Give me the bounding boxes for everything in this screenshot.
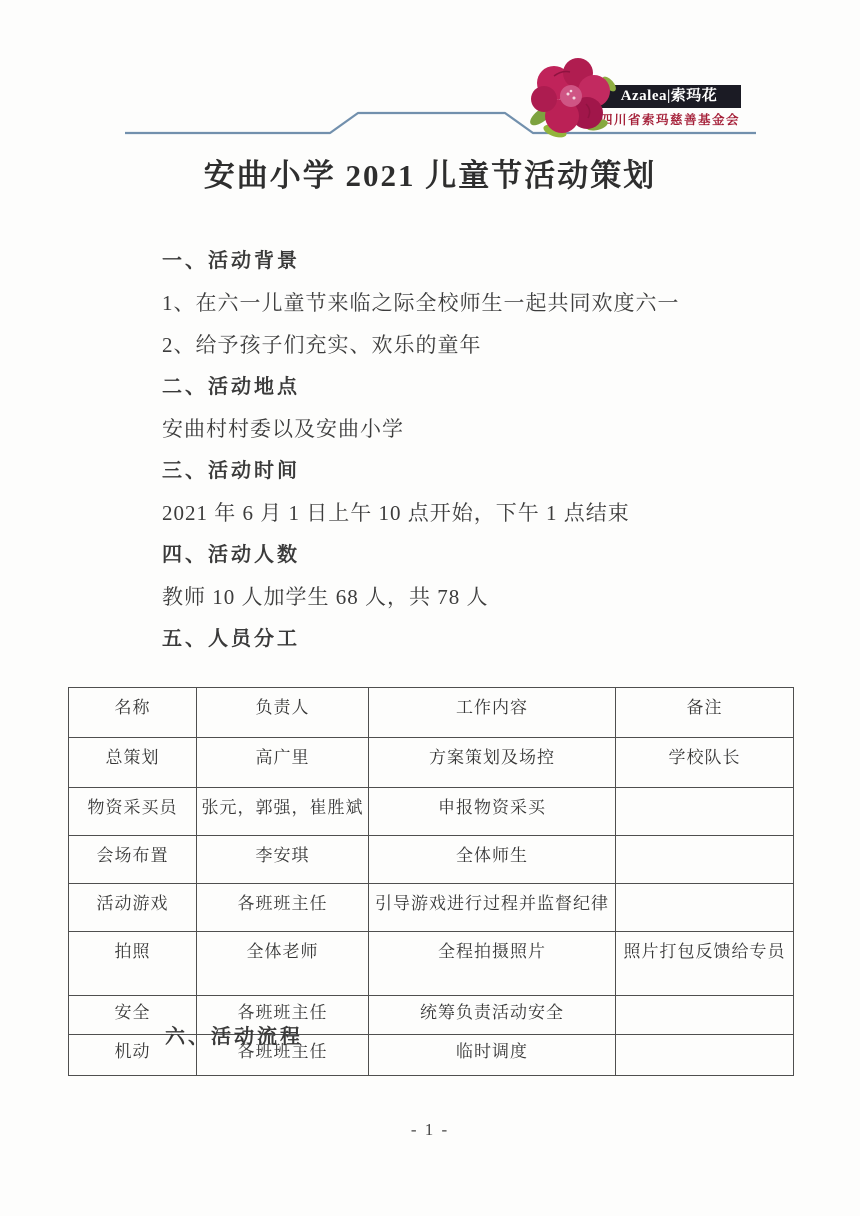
cell-duty: 统筹负责活动安全 bbox=[369, 996, 616, 1035]
cell-name: 总策划 bbox=[69, 738, 197, 788]
page-number: - 1 - bbox=[0, 1120, 860, 1140]
cell-duty: 申报物资采买 bbox=[369, 788, 616, 836]
section-3-item-1: 2021 年 6 月 1 日上午 10 点开始，下午 1 点结束 bbox=[162, 492, 805, 534]
table-row: 拍照 全体老师 全程拍摄照片 照片打包反馈给专员 bbox=[69, 932, 794, 996]
cell-duty: 方案策划及场控 bbox=[369, 738, 616, 788]
cell-duty: 引导游戏进行过程并监督纪律 bbox=[369, 884, 616, 932]
section-1-heading: 一、活动背景 bbox=[162, 240, 805, 282]
document-body: 一、活动背景 1、在六一儿童节来临之际全校师生一起共同欢度六一 2、给予孩子们充… bbox=[162, 240, 805, 660]
section-1-item-2: 2、给予孩子们充实、欢乐的童年 bbox=[162, 324, 805, 366]
cell-name: 活动游戏 bbox=[69, 884, 197, 932]
section-2-heading: 二、活动地点 bbox=[162, 366, 805, 408]
header-person: 负责人 bbox=[197, 688, 369, 738]
header-name: 名称 bbox=[69, 688, 197, 738]
table-header-row: 名称 负责人 工作内容 备注 bbox=[69, 688, 794, 738]
table-row: 总策划 高广里 方案策划及场控 学校队长 bbox=[69, 738, 794, 788]
cell-duty: 全体师生 bbox=[369, 836, 616, 884]
cell-person: 高广里 bbox=[197, 738, 369, 788]
section-6-heading: 六、活动流程 bbox=[165, 1016, 303, 1058]
cell-name: 拍照 bbox=[69, 932, 197, 996]
section-1-item-1: 1、在六一儿童节来临之际全校师生一起共同欢度六一 bbox=[162, 282, 805, 324]
cell-duty: 临时调度 bbox=[369, 1035, 616, 1076]
cell-person: 全体老师 bbox=[197, 932, 369, 996]
cell-remark bbox=[616, 836, 794, 884]
cell-remark bbox=[616, 1035, 794, 1076]
cell-person: 张元，郭强，崔胜斌 bbox=[197, 788, 369, 836]
section-4-heading: 四、活动人数 bbox=[162, 534, 805, 576]
cell-duty: 全程拍摄照片 bbox=[369, 932, 616, 996]
header-remark: 备注 bbox=[616, 688, 794, 738]
logo-brand-text: Azalea|索玛花 bbox=[621, 88, 718, 104]
cell-name: 物资采买员 bbox=[69, 788, 197, 836]
document-page: Azalea|索玛花 四川省索玛慈善基金会 安曲小学 2021 儿童节活动策划 … bbox=[0, 0, 860, 1216]
cell-person: 李安琪 bbox=[197, 836, 369, 884]
table-row: 物资采买员 张元，郭强，崔胜斌 申报物资采买 bbox=[69, 788, 794, 836]
cell-remark bbox=[616, 788, 794, 836]
cell-name: 会场布置 bbox=[69, 836, 197, 884]
azalea-flower-icon bbox=[524, 56, 622, 144]
cell-remark: 照片打包反馈给专员 bbox=[616, 932, 794, 996]
table-row: 活动游戏 各班班主任 引导游戏进行过程并监督纪律 bbox=[69, 884, 794, 932]
cell-person: 各班班主任 bbox=[197, 884, 369, 932]
page-title: 安曲小学 2021 儿童节活动策划 bbox=[0, 150, 860, 195]
table-row: 会场布置 李安琪 全体师生 bbox=[69, 836, 794, 884]
section-5-heading: 五、人员分工 bbox=[162, 618, 805, 660]
section-3-heading: 三、活动时间 bbox=[162, 450, 805, 492]
cell-remark: 学校队长 bbox=[616, 738, 794, 788]
header-duty: 工作内容 bbox=[369, 688, 616, 738]
cell-remark bbox=[616, 996, 794, 1035]
section-2-item-1: 安曲村村委以及安曲小学 bbox=[162, 408, 805, 450]
cell-remark bbox=[616, 884, 794, 932]
section-4-item-1: 教师 10 人加学生 68 人，共 78 人 bbox=[162, 576, 805, 618]
